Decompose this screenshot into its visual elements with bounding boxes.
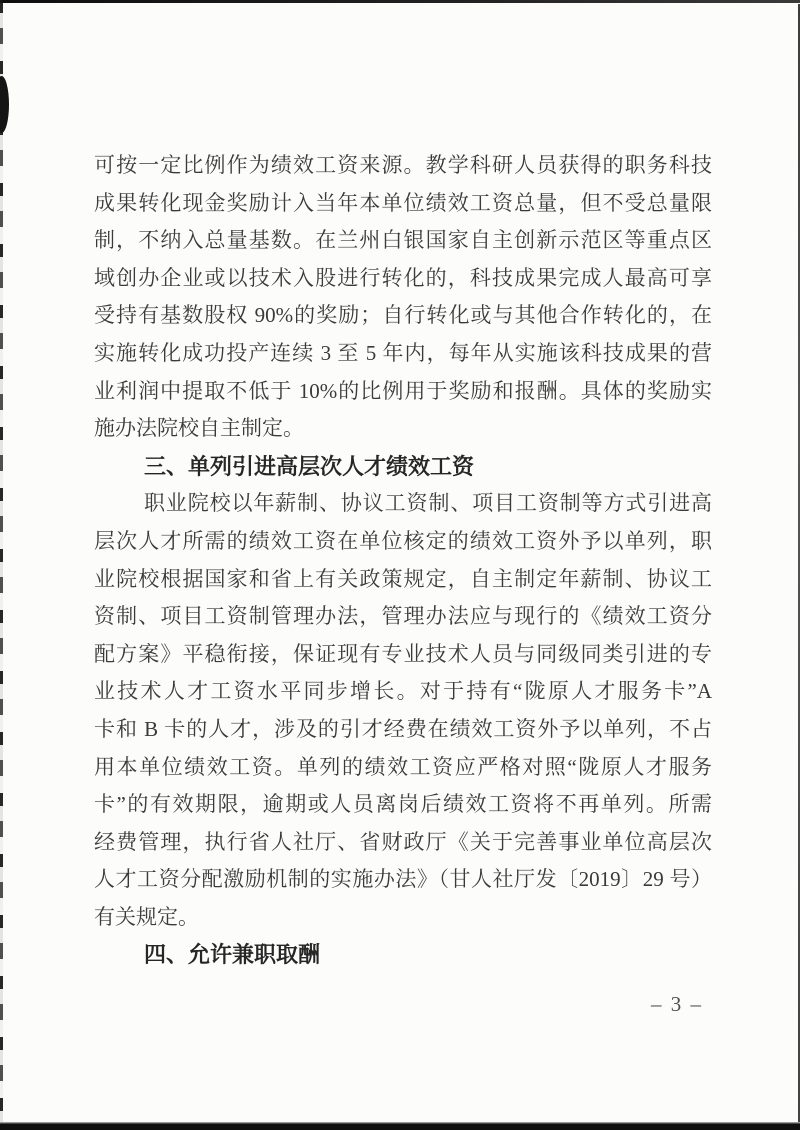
text-line: 卡”的有效期限，逾期或人员离岗后绩效工资将不再单列。所需 (94, 786, 712, 824)
text-line: 用本单位绩效工资。单列的绩效工资应严格对照“陇原人才服务 (94, 749, 712, 787)
text-line: 受持有基数股权 90%的奖励；自行转化或与其他合作转化的，在 (94, 297, 712, 335)
text-line: 人才工资分配激励机制的实施办法》（甘人社厅发〔2019〕29 号） (94, 861, 712, 899)
text-line: 经费管理，执行省人社厅、省财政厅《关于完善事业单位高层次 (94, 824, 712, 862)
scan-artifact-left-edge (0, 0, 3, 1122)
scanned-page: 可按一定比例作为绩效工资来源。教学科研人员获得的职务科技成果转化现金奖励计入当年… (0, 0, 800, 1130)
text-line: 实施转化成功投产连续 3 至 5 年内，每年从实施该科技成果的营 (94, 335, 712, 373)
text-line: 可按一定比例作为绩效工资来源。教学科研人员获得的职务科技 (94, 147, 712, 185)
text-line: 资制、项目工资制管理办法，管理办法应与现行的《绩效工资分 (94, 598, 712, 636)
scan-artifact-top-edge (0, 0, 800, 3)
text-line: 配方案》平稳衔接，保证现有专业技术人员与同级同类引进的专 (94, 636, 712, 674)
scan-artifact-ink-blob (0, 76, 9, 133)
text-line: 业院校根据国家和省上有关政策规定，自主制定年薪制、协议工 (94, 561, 712, 599)
text-line: 职业院校以年薪制、协议工资制、项目工资制等方式引进高 (94, 485, 712, 523)
text-line: 卡和 B 卡的人才，涉及的引才经费在绩效工资外予以单列，不占 (94, 711, 712, 749)
text-line: 域创办企业或以技术入股进行转化的，科技成果完成人最高可享 (94, 260, 712, 298)
text-line: 成果转化现金奖励计入当年本单位绩效工资总量，但不受总量限 (94, 185, 712, 223)
scan-artifact-bottom-edge (0, 1122, 800, 1130)
text-line: 业技术人才工资水平同步增长。对于持有“陇原人才服务卡”A (94, 673, 712, 711)
section-heading: 四、允许兼职取酬 (94, 936, 712, 974)
text-line: 有关规定。 (94, 899, 712, 937)
page-number: – 3 – (651, 992, 703, 1017)
document-body: 可按一定比例作为绩效工资来源。教学科研人员获得的职务科技成果转化现金奖励计入当年… (94, 147, 712, 974)
text-line: 业利润中提取不低于 10%的比例用于奖励和报酬。具体的奖励实 (94, 373, 712, 411)
text-line: 层次人才所需的绩效工资在单位核定的绩效工资外予以单列，职 (94, 523, 712, 561)
section-heading: 三、单列引进高层次人才绩效工资 (94, 448, 712, 486)
text-line: 施办法院校自主制定。 (94, 410, 712, 448)
text-line: 制，不纳入总量基数。在兰州白银国家自主创新示范区等重点区 (94, 222, 712, 260)
